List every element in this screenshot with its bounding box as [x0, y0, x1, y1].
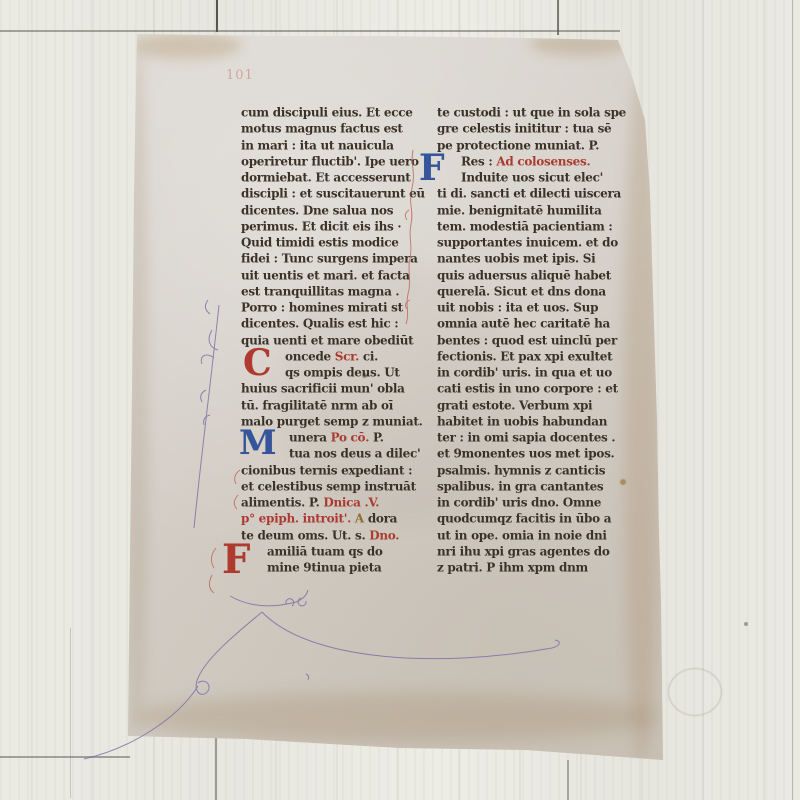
body-text: ti di. sancti et dilecti uiscera	[437, 186, 621, 201]
body-text: quis aduersus aliquē habet	[437, 268, 611, 283]
body-text: Res :	[461, 154, 496, 169]
body-text: Induite uos sicut elec'	[461, 170, 603, 185]
manuscript-text-line: quis aduersus aliquē habet	[437, 267, 629, 284]
manuscript-text-line: in cordib' uris. in qua et uo	[437, 364, 629, 381]
manuscript-text-line: motus magnus factus est	[241, 120, 433, 137]
manuscript-text-line: querelā. Sicut et dns dona	[437, 283, 629, 300]
body-text: quodcumqz facitis in ūbo a	[437, 511, 611, 526]
illuminated-initial-M: M	[239, 426, 277, 460]
body-text: nri ihu xpi gras agentes do	[437, 544, 610, 559]
body-text: alimentis. P.	[241, 495, 323, 510]
manuscript-text-line: uit nobis : ita et uos. Sup	[437, 299, 629, 316]
manuscript-text-line: te custodi : ut que in sola spe	[437, 104, 629, 121]
rubric-text: Po cō.	[331, 430, 373, 445]
body-text: psalmis. hymnis z canticis	[437, 463, 605, 478]
manuscript-text-line: dicentes. Dne salua nos	[241, 202, 433, 219]
manuscript-text-line: Quid timidi estis modice	[241, 234, 433, 251]
text-column-right: te custodi : ut que in sola spegre celes…	[437, 104, 629, 575]
body-text: cionibus ternis expediant :	[241, 463, 412, 478]
text-column-left: cum discipuli eius. Et eccemotus magnus …	[241, 104, 433, 575]
manuscript-text-line: supportantes inuicem. et do	[437, 234, 629, 251]
manuscript-text-line: uit uentis et mari. et facta	[241, 267, 433, 284]
manuscript-text-line: pe protectione muniat. P.	[437, 137, 629, 154]
body-text: ter : in omi sapia docentes .	[437, 430, 615, 445]
body-text: pe protectione muniat. P.	[437, 138, 599, 153]
body-text: tū. fragilitatē nrm ab oī	[241, 398, 393, 413]
manuscript-text-line: cati estis in uno corpore : et	[437, 380, 629, 397]
manuscript-text-line: et 9monentes uos met ipos.	[437, 445, 629, 462]
body-text: et 9monentes uos met ipos.	[437, 446, 614, 461]
body-text: ut in ope. omia in noie dni	[437, 528, 607, 543]
body-text: in cordib' uris. in qua et uo	[437, 365, 612, 380]
body-text: gre celestis inititur : tua sē	[437, 121, 611, 136]
body-text: uit uentis et mari. et facta	[241, 268, 410, 283]
rubric-text: Dnica .V.	[323, 495, 379, 510]
manuscript-text-line: amiliā tuam qs do	[241, 543, 433, 560]
body-text: habitet in uobis habundan	[437, 414, 607, 429]
manuscript-text-line: in mari : ita ut nauicula	[241, 137, 433, 154]
manuscript-text-line: tū. fragilitatē nrm ab oī	[241, 397, 433, 414]
body-text: et celestibus semp instruāt	[241, 479, 416, 494]
manuscript-text-line: p° epiph. introit'. A dora	[241, 510, 433, 527]
body-text: perimus. Et dicit eis ihs ·	[241, 219, 401, 234]
manuscript-text-line: perimus. Et dicit eis ihs ·	[241, 218, 433, 235]
manuscript-text-line: ti di. sancti et dilecti uiscera	[437, 185, 629, 202]
body-text: operiretur fluctib'. Ipe uero	[241, 154, 419, 169]
body-text: discipli : et suscitauerunt eū	[241, 186, 425, 201]
body-text: qs ompis deus. Ut	[285, 365, 400, 380]
manuscript-text-line: dormiebat. Et accesserunt	[241, 169, 433, 186]
body-text: oncede	[285, 349, 335, 364]
illuminated-initial-F: F	[222, 540, 250, 580]
manuscript-text-line: gre celestis inititur : tua sē	[437, 120, 629, 137]
manuscript-text-line: et celestibus semp instruāt	[241, 478, 433, 495]
manuscript-text-line: quodcumqz facitis in ūbo a	[437, 510, 629, 527]
rubric-text: Dno.	[369, 528, 399, 543]
body-text: Porro : homines mirati st	[241, 300, 403, 315]
vellum-stain	[132, 33, 242, 59]
plank-seam	[0, 30, 620, 32]
manuscript-text-line: Res : Ad colosenses.	[437, 153, 629, 170]
plank-seam	[0, 756, 130, 758]
body-text: unera	[289, 430, 331, 445]
body-text: z patri. P ihm xpm dnm	[437, 560, 588, 575]
vellum-edge-browning	[134, 693, 658, 741]
manuscript-text-line: nantes uobis met ipis. Si	[437, 250, 629, 267]
manuscript-text-line: Induite uos sicut elec'	[437, 169, 629, 186]
folio-number: 101	[226, 68, 254, 83]
body-text: spalibus. in gra cantantes	[437, 479, 603, 494]
manuscript-text-line: te deum oms. Ut. s. Dno.	[241, 527, 433, 544]
body-text: fectionis. Et pax xpi exultet	[437, 349, 612, 364]
body-text: te deum oms. Ut. s.	[241, 528, 369, 543]
plank-seam	[216, 0, 218, 32]
manuscript-text-line: spalibus. in gra cantantes	[437, 478, 629, 495]
body-text: A	[355, 511, 364, 526]
body-text: dora	[364, 511, 397, 526]
body-text: dormiebat. Et accesserunt	[241, 170, 411, 185]
body-text: ci.	[363, 349, 378, 364]
manuscript-text-line: fectionis. Et pax xpi exultet	[437, 348, 629, 365]
body-text: omnia autē hec caritatē ha	[437, 316, 610, 331]
body-text: est tranquillitas magna .	[241, 284, 399, 299]
manuscript-text-line: mine 9tinua pieta	[241, 559, 433, 576]
body-text: mie. benignitatē humilita	[437, 203, 602, 218]
manuscript-text-line: cum discipuli eius. Et ecce	[241, 104, 433, 121]
body-text: cum discipuli eius. Et ecce	[241, 105, 413, 120]
manuscript-text-line: dicentes. Qualis est hic :	[241, 315, 433, 332]
body-text: cati estis in uno corpore : et	[437, 381, 618, 396]
body-text: mine 9tinua pieta	[267, 560, 381, 575]
manuscript-text-line: nri ihu xpi gras agentes do	[437, 543, 629, 560]
illuminated-initial-F: F	[419, 150, 445, 186]
body-text: grati estote. Verbum xpi	[437, 398, 592, 413]
body-text: tem. modestiā pacientiam :	[437, 219, 613, 234]
manuscript-text-line: z patri. P ihm xpm dnm	[437, 559, 629, 576]
manuscript-text-line: Porro : homines mirati st	[241, 299, 433, 316]
manuscript-text-line: alimentis. P. Dnica .V.	[241, 494, 433, 511]
rubric-text: Ad colosenses.	[496, 154, 590, 169]
plank-seam	[567, 760, 569, 800]
wood-grain-mark	[70, 628, 71, 798]
body-text: querelā. Sicut et dns dona	[437, 284, 606, 299]
wood-ring-stain	[668, 668, 722, 716]
body-text: P.	[373, 430, 384, 445]
body-text: Quid timidi estis modice	[241, 235, 399, 250]
illuminated-initial-C: C	[243, 345, 272, 381]
manuscript-text-line: mie. benignitatē humilita	[437, 202, 629, 219]
manuscript-text-line: psalmis. hymnis z canticis	[437, 462, 629, 479]
rubric-text: p° epiph. introit'.	[241, 511, 355, 526]
body-text: uit nobis : ita et uos. Sup	[437, 300, 598, 315]
plank-seam	[792, 0, 793, 800]
body-text: supportantes inuicem. et do	[437, 235, 618, 250]
manuscript-text-line: ut in ope. omia in noie dni	[437, 527, 629, 544]
body-text: amiliā tuam qs do	[267, 544, 383, 559]
rubric-text: Scr.	[335, 349, 363, 364]
manuscript-text-line: discipli : et suscitauerunt eū	[241, 185, 433, 202]
manuscript-text-line: bentes : quod est uinclū per	[437, 332, 629, 349]
manuscript-text-line: in cordib' uris dno. Omne	[437, 494, 629, 511]
body-text: dicentes. Qualis est hic :	[241, 316, 398, 331]
body-text: nantes uobis met ipis. Si	[437, 251, 595, 266]
plank-seam	[215, 734, 217, 800]
body-text: motus magnus factus est	[241, 121, 403, 136]
manuscript-text-line: grati estote. Verbum xpi	[437, 397, 629, 414]
manuscript-text-line: cionibus ternis expediant :	[241, 462, 433, 479]
manuscript-text-line: omnia autē hec caritatē ha	[437, 315, 629, 332]
manuscript-text-line: tem. modestiā pacientiam :	[437, 218, 629, 235]
body-text: in mari : ita ut nauicula	[241, 138, 394, 153]
body-text: in cordib' uris dno. Omne	[437, 495, 601, 510]
manuscript-leaf: 101 cum discipuli eius. Et eccemotus mag…	[126, 33, 666, 763]
body-text: dicentes. Dne salua nos	[241, 203, 393, 218]
manuscript-text-line: fidei : Tunc surgens impera	[241, 250, 433, 267]
body-text: bentes : quod est uinclū per	[437, 333, 617, 348]
photograph-of-manuscript-leaf: { "page": { "subject": "medieval manuscr…	[0, 0, 800, 800]
manuscript-text-line: est tranquillitas magna .	[241, 283, 433, 300]
manuscript-text-line: habitet in uobis habundan	[437, 413, 629, 430]
manuscript-text-line: operiretur fluctib'. Ipe uero	[241, 153, 433, 170]
body-text: fidei : Tunc surgens impera	[241, 251, 418, 266]
body-text: te custodi : ut que in sola spe	[437, 105, 626, 120]
manuscript-text-line: ter : in omi sapia docentes .	[437, 429, 629, 446]
body-text: tua nos deus a dilec'	[289, 446, 420, 461]
